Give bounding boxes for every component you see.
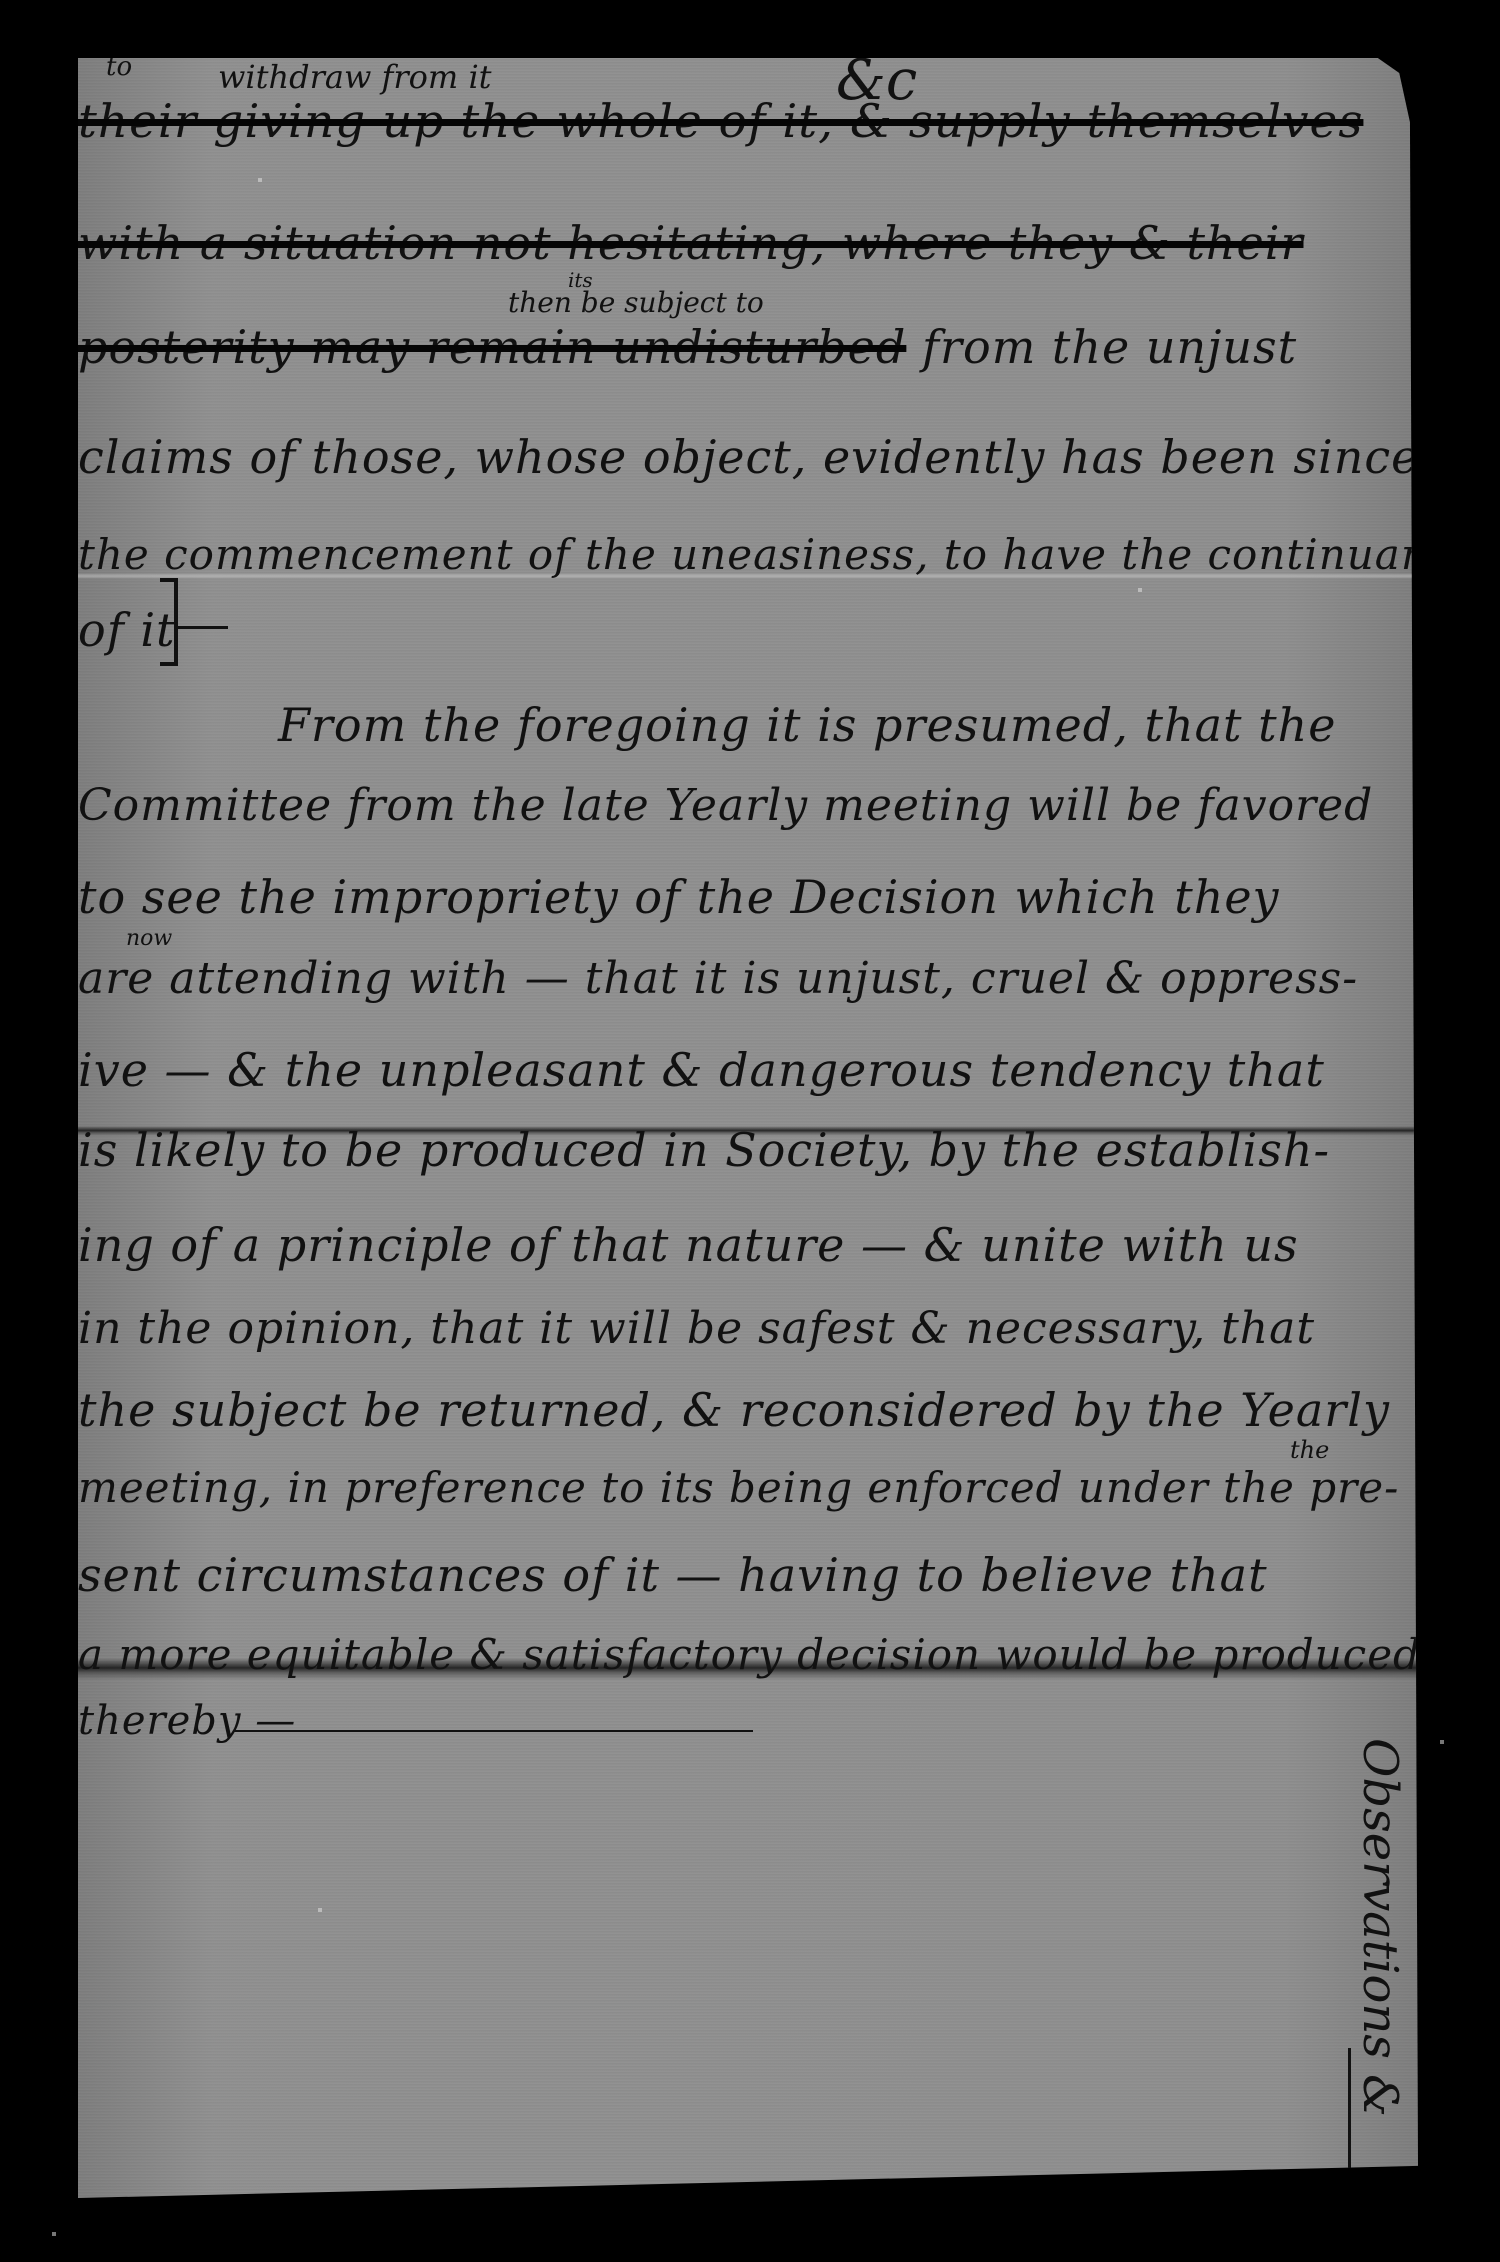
paper-speck bbox=[1138, 588, 1142, 592]
manuscript-page: to withdraw from it &c their giving up t… bbox=[78, 58, 1418, 2198]
closing-bracket bbox=[160, 578, 178, 666]
manuscript-line-5: the commencement of the uneasiness, to h… bbox=[78, 530, 1479, 579]
struck-phrase: posterity may remain undisturbed bbox=[78, 320, 906, 374]
line-text: from the unjust bbox=[922, 320, 1297, 374]
insertion-now: now bbox=[126, 926, 172, 951]
insertion-withdraw-from-it: withdraw from it bbox=[218, 58, 492, 96]
manuscript-line-3: posterity may remain undisturbed from th… bbox=[78, 320, 1297, 374]
insertion-then-be-subject-to: then be subject to bbox=[508, 286, 764, 319]
endorsement-rule bbox=[1348, 2048, 1351, 2183]
line-text: Committee from the late Yearly meeting w… bbox=[78, 780, 1373, 831]
line-text: meeting, in preference to its being enfo… bbox=[78, 1463, 1399, 1512]
manuscript-line-2-struck: with a situation not hesitating, where t… bbox=[78, 216, 1303, 270]
margin-speck bbox=[52, 2232, 56, 2236]
endorsement-observations: Observations & bbox=[1352, 1738, 1408, 2117]
paper-speck bbox=[258, 178, 262, 182]
manuscript-line-18: a more equitable & satisfactory decision… bbox=[78, 1630, 1421, 1679]
line-text: their giving up the whole of it, & suppl… bbox=[78, 94, 1363, 148]
line-text: is likely to be produced in Society, by … bbox=[78, 1123, 1330, 1177]
paper-speck bbox=[318, 1908, 322, 1912]
manuscript-line-10: are attending with — that it is unjust, … bbox=[78, 953, 1358, 1004]
manuscript-line-14: in the opinion, that it will be safest &… bbox=[78, 1303, 1315, 1354]
line-text: ive — & the unpleasant & dangerous tende… bbox=[78, 1043, 1325, 1097]
manuscript-line-9: to see the impropriety of the Decision w… bbox=[78, 870, 1280, 924]
manuscript-line-1-struck: their giving up the whole of it, & suppl… bbox=[78, 94, 1353, 148]
manuscript-line-13: ing of a principle of that nature — & un… bbox=[78, 1218, 1299, 1272]
line-text: in the opinion, that it will be safest &… bbox=[78, 1303, 1315, 1354]
manuscript-line-17: sent circumstances of it — having to bel… bbox=[78, 1548, 1268, 1602]
margin-speck bbox=[1440, 1740, 1444, 1744]
line-text: ing of a principle of that nature — & un… bbox=[78, 1218, 1299, 1272]
line-text: thereby — bbox=[78, 1698, 296, 1744]
line-text: a more equitable & satisfactory decision… bbox=[78, 1630, 1421, 1679]
line-text: to see the impropriety of the Decision w… bbox=[78, 870, 1280, 924]
insertion-the: the bbox=[1290, 1436, 1329, 1464]
bracket-dash bbox=[178, 626, 228, 629]
closing-dash bbox=[233, 1730, 753, 1732]
manuscript-line-7: From the foregoing it is presumed, that … bbox=[278, 698, 1336, 752]
manuscript-line-4: claims of those, whose object, evidently… bbox=[78, 430, 1419, 484]
line-text: From the foregoing it is presumed, that … bbox=[278, 698, 1336, 752]
manuscript-line-11: ive — & the unpleasant & dangerous tende… bbox=[78, 1043, 1325, 1097]
manuscript-line-12: is likely to be produced in Society, by … bbox=[78, 1123, 1330, 1177]
manuscript-line-8: Committee from the late Yearly meeting w… bbox=[78, 780, 1373, 831]
manuscript-line-16: meeting, in preference to its being enfo… bbox=[78, 1463, 1399, 1512]
line-text: claims of those, whose object, evidently… bbox=[78, 430, 1419, 484]
line-text: are attending with — that it is unjust, … bbox=[78, 953, 1358, 1004]
line-text: with a situation not hesitating, where t… bbox=[78, 216, 1303, 270]
manuscript-line-15: the subject be returned, & reconsidered … bbox=[78, 1383, 1390, 1437]
line-text: sent circumstances of it — having to bel… bbox=[78, 1548, 1268, 1602]
line-text: the commencement of the uneasiness, to h… bbox=[78, 530, 1479, 579]
manuscript-line-19: thereby — bbox=[78, 1698, 296, 1744]
insertion-to: to bbox=[106, 52, 132, 82]
line-text: the subject be returned, & reconsidered … bbox=[78, 1383, 1390, 1437]
